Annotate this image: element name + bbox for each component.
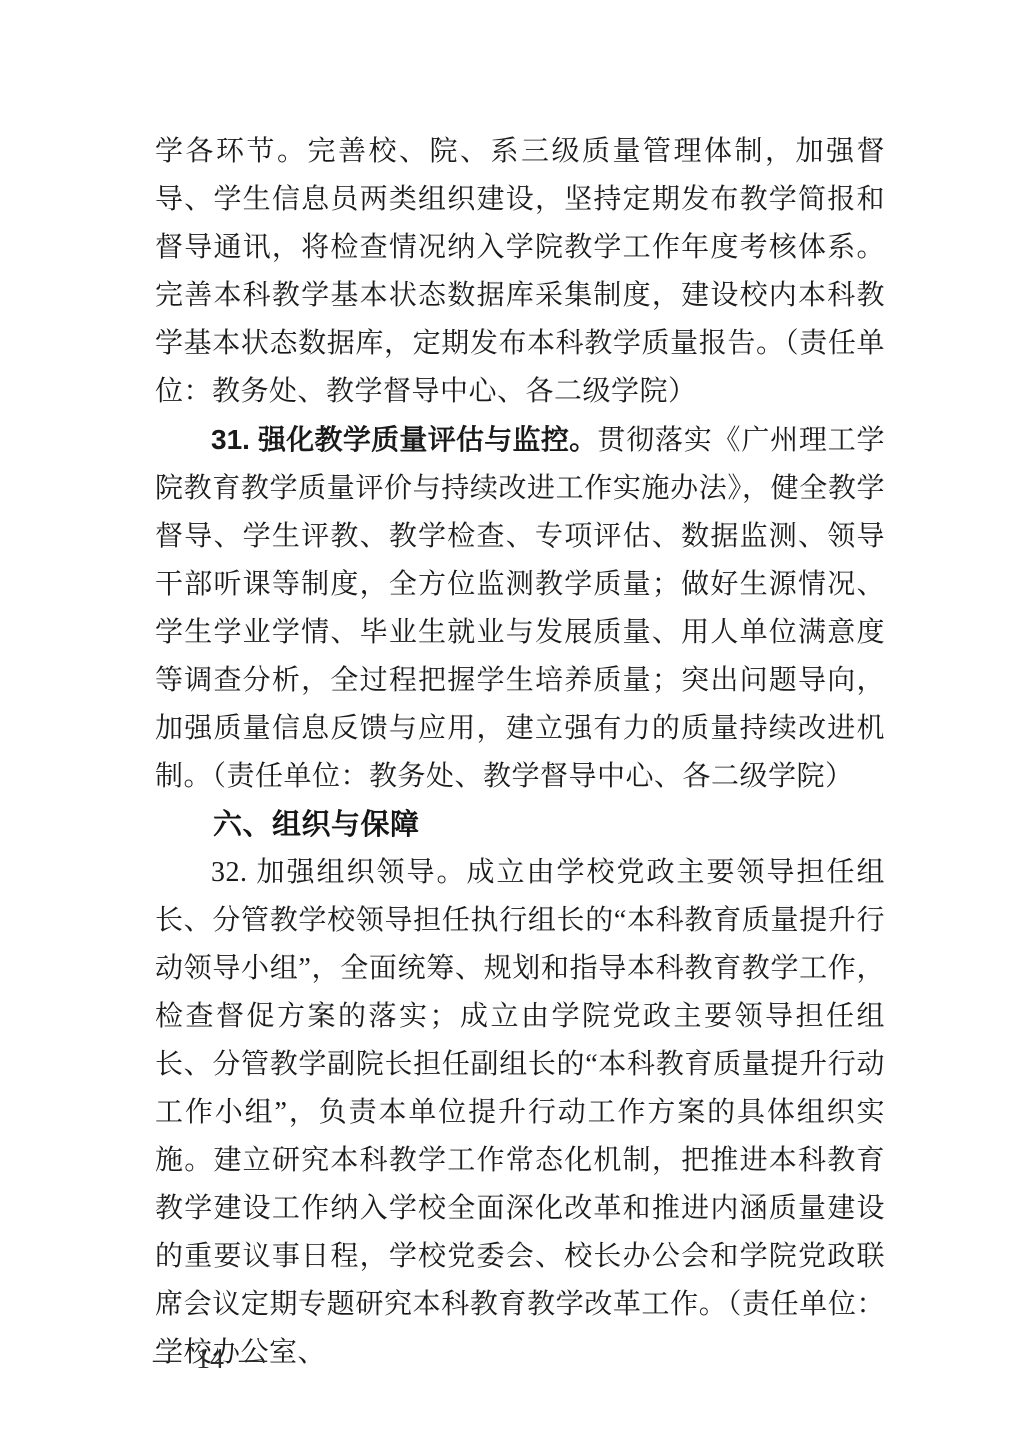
item-31-number-title: 31. 强化教学质量评估与监控。 (211, 424, 597, 455)
section-heading-organization-and-support: 六、组织与保障 (155, 801, 885, 849)
paragraph-item-32: 32. 加强组织领导。成立由学校党政主要领导担任组长、分管教学校领导担任执行组长… (155, 849, 885, 1377)
text-block: 学各环节。完善校、院、系三级质量管理体制，加强督导、学生信息员两类组织建设，坚持… (155, 128, 885, 1377)
paragraph-item-31: 31. 强化教学质量评估与监控。贯彻落实《广州理工学院教育教学质量评价与持续改进… (155, 416, 885, 801)
item-32-body: 成立由学校党政主要领导担任组长、分管教学校领导担任执行组长的“本科教育质量提升行… (155, 857, 885, 1368)
document-page: 学各环节。完善校、院、系三级质量管理体制，加强督导、学生信息员两类组织建设，坚持… (0, 0, 1024, 1448)
item-31-body: 贯彻落实《广州理工学院教育教学质量评价与持续改进工作实施办法》，健全教学督导、学… (155, 425, 885, 792)
page-number: — 14 — (153, 1344, 267, 1375)
paragraph-quality-system-continuation: 学各环节。完善校、院、系三级质量管理体制，加强督导、学生信息员两类组织建设，坚持… (155, 128, 885, 416)
item-32-number-title: 32. 加强组织领导。 (211, 857, 467, 888)
page-footer: — 14 — (153, 1344, 267, 1376)
